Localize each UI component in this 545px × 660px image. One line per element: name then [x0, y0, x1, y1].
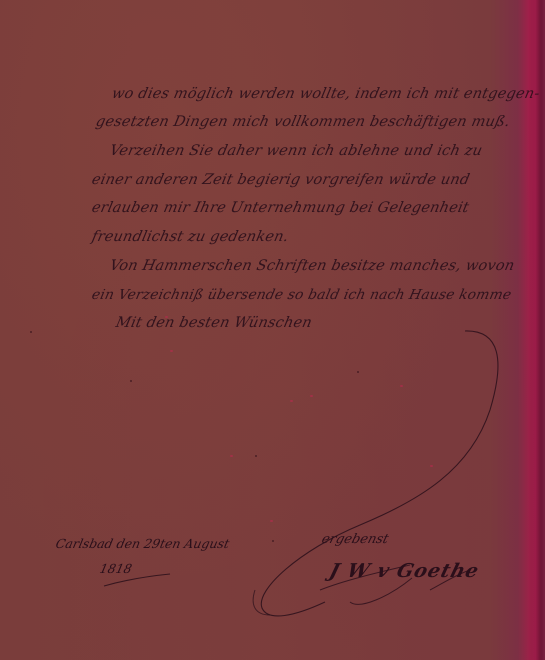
dateline-year: 1818: [98, 561, 133, 576]
letter-line-2: gesetzten Dingen mich vollkommen beschäf…: [94, 114, 511, 130]
letter-line-3: Verzeihen Sie daher wenn ich ablehne und…: [108, 143, 484, 159]
paper-speck: [290, 400, 293, 402]
letter-line-9: Mit den besten Wünschen: [114, 315, 313, 331]
paper-speck: [400, 385, 403, 387]
dateline-place-date: Carlsbad den 29ten August: [54, 536, 230, 551]
paper-speck: [430, 465, 433, 467]
paper-speck: [272, 540, 274, 542]
signature: J W v Goethe: [327, 560, 482, 582]
letter-line-5: erlauben mir Ihre Unternehmung bei Geleg…: [90, 200, 470, 216]
paper-speck: [230, 455, 233, 457]
paper-speck: [270, 520, 273, 522]
paper-speck: [30, 331, 32, 333]
letter-line-6: freundlichst zu gedenken.: [90, 229, 290, 245]
paper-speck: [255, 455, 257, 457]
paper-speck: [170, 350, 173, 352]
paper-speck: [130, 380, 132, 382]
letter-line-4: einer anderen Zeit begierig vorgreifen w…: [90, 172, 471, 188]
letter-page: wo dies möglich werden wollte, indem ich…: [0, 0, 545, 660]
letter-line-1: wo dies möglich werden wollte, indem ich…: [110, 86, 541, 102]
paper-speck: [357, 371, 359, 373]
letter-line-8: ein Verzeichniß übersende so bald ich na…: [90, 287, 513, 303]
letter-line-7: Von Hammerschen Schriften besitze manche…: [108, 258, 516, 274]
paper-speck: [310, 395, 313, 397]
valediction: ergebenst: [320, 532, 390, 547]
